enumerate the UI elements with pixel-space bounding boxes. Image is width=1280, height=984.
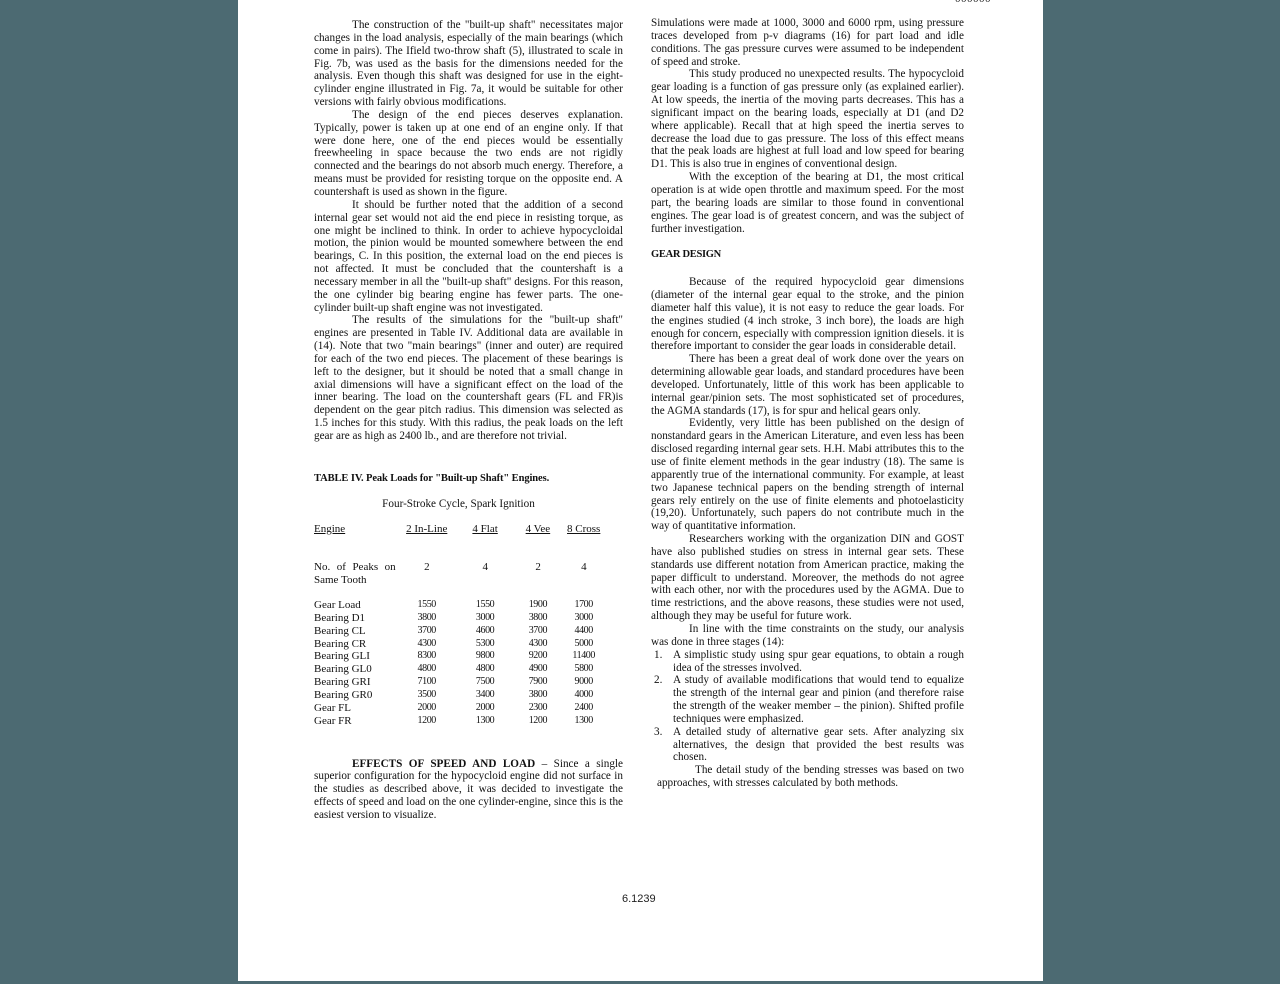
column-header: 8 Cross [563, 523, 604, 536]
list-text: A simplistic study using spur gear equat… [673, 649, 964, 674]
cell: 4900 [512, 663, 563, 676]
cell: 1900 [512, 599, 563, 612]
cell: 1300 [458, 715, 513, 728]
paragraph: The design of the end pieces deserves ex… [314, 109, 623, 199]
cell: 2300 [512, 702, 563, 715]
cell: 3000 [563, 612, 604, 625]
paragraph: Simulations were made at 1000, 3000 and … [651, 17, 964, 68]
paragraph: Evidently, very little has been publishe… [651, 417, 964, 533]
cell: 7100 [396, 676, 458, 689]
cell: 3400 [458, 689, 513, 702]
column-header: 4 Flat [458, 523, 513, 536]
table-row: Bearing GLI83009800920011400 [314, 650, 604, 663]
cell: 4800 [458, 663, 513, 676]
table-row: Bearing GRI7100750079009000 [314, 676, 604, 689]
cell: 1200 [512, 715, 563, 728]
list-number: 3. [654, 726, 662, 739]
cell: 9200 [512, 650, 563, 663]
table-row: Gear FR1200130012001300 [314, 715, 604, 728]
cell: 2 [512, 561, 563, 587]
cell: 1550 [396, 599, 458, 612]
cell: 2000 [458, 702, 513, 715]
row-label: Bearing D1 [314, 612, 396, 625]
cell: 3700 [396, 625, 458, 638]
table-row: Bearing GL04800480049005800 [314, 663, 604, 676]
header-fragment: 000000 [955, 0, 991, 5]
paragraph: This study produced no unexpected result… [651, 68, 964, 171]
table-row: Gear FL2000200023002400 [314, 702, 604, 715]
cell: 9800 [458, 650, 513, 663]
paragraph: In line with the time constraints on the… [651, 623, 964, 649]
cell: 2400 [563, 702, 604, 715]
peak-loads-table: Engine 2 In-Line 4 Flat 4 Vee 8 Cross No… [314, 523, 604, 728]
right-column: Simulations were made at 1000, 3000 and … [651, 17, 964, 790]
cell: 1700 [563, 599, 604, 612]
cell: 3800 [512, 612, 563, 625]
cell: 2 [396, 561, 458, 587]
list-text: A study of available modifications that … [673, 674, 964, 725]
paragraph: Researchers working with the organizatio… [651, 533, 964, 623]
table-row: Bearing CR4300530043005000 [314, 638, 604, 651]
cell: 2000 [396, 702, 458, 715]
cell: 11400 [563, 650, 604, 663]
paragraph: There has been a great deal of work done… [651, 353, 964, 417]
table-subtitle: Four-Stroke Cycle, Spark Ignition [314, 498, 623, 511]
row-label: Gear FL [314, 702, 396, 715]
cell: 4300 [512, 638, 563, 651]
list-item: 2.A study of available modifications tha… [651, 674, 964, 725]
cell: 4400 [563, 625, 604, 638]
cell: 3800 [396, 612, 458, 625]
paragraph: The results of the simulations for the "… [314, 314, 623, 442]
cell: 1550 [458, 599, 513, 612]
list-item: 1.A simplistic study using spur gear equ… [651, 649, 964, 675]
cell: 3000 [458, 612, 513, 625]
row-label: Bearing CR [314, 638, 396, 651]
cell: 1300 [563, 715, 604, 728]
paragraph: The construction of the "built-up shaft"… [314, 19, 623, 109]
row-label: Bearing GLI [314, 650, 396, 663]
row-label: Bearing CL [314, 625, 396, 638]
cell: 7900 [512, 676, 563, 689]
cell: 4000 [563, 689, 604, 702]
row-label: Bearing GR0 [314, 689, 396, 702]
table-row: Bearing D13800300038003000 [314, 612, 604, 625]
column-header: 4 Vee [512, 523, 563, 536]
cell: 4 [458, 561, 513, 587]
table-row: Gear Load1550155019001700 [314, 599, 604, 612]
column-header: Engine [314, 523, 396, 536]
cell: 5000 [563, 638, 604, 651]
cell: 4600 [458, 625, 513, 638]
cell: 4800 [396, 663, 458, 676]
page-number: 6.1239 [622, 893, 656, 905]
table-header-row: Engine 2 In-Line 4 Flat 4 Vee 8 Cross [314, 523, 604, 536]
cell: 3800 [512, 689, 563, 702]
section-heading: GEAR DESIGN [651, 249, 964, 262]
list-text: A detailed study of alternative gear set… [673, 726, 964, 764]
row-label: Gear FR [314, 715, 396, 728]
table-row: No. of Peaks on Same Tooth 2 4 2 4 [314, 561, 604, 587]
paragraph: The detail study of the bending stresses… [651, 764, 964, 790]
cell: 4 [563, 561, 604, 587]
left-column: The construction of the "built-up shaft"… [314, 19, 623, 822]
effects-heading: EFFECTS OF SPEED AND LOAD [352, 758, 535, 770]
paragraph: With the exception of the bearing at D1,… [651, 171, 964, 235]
table-row: Bearing CL3700460037004400 [314, 625, 604, 638]
table-title: TABLE IV. Peak Loads for "Built-up Shaft… [314, 473, 623, 486]
cell: 8300 [396, 650, 458, 663]
paragraph: Because of the required hypocycloid gear… [651, 276, 964, 353]
cell: 5800 [563, 663, 604, 676]
cell: 7500 [458, 676, 513, 689]
paragraph: It should be further noted that the addi… [314, 199, 623, 315]
row-label: No. of Peaks on Same Tooth [314, 561, 396, 587]
row-label: Gear Load [314, 599, 396, 612]
cell: 3700 [512, 625, 563, 638]
cell: 5300 [458, 638, 513, 651]
row-label: Bearing GL0 [314, 663, 396, 676]
table-row: Bearing GR03500340038004000 [314, 689, 604, 702]
column-header: 2 In-Line [396, 523, 458, 536]
row-label: Bearing GRI [314, 676, 396, 689]
list-number: 2. [654, 674, 662, 687]
cell: 9000 [563, 676, 604, 689]
effects-paragraph: EFFECTS OF SPEED AND LOAD – Since a sing… [314, 758, 623, 822]
list-number: 1. [654, 649, 662, 662]
cell: 3500 [396, 689, 458, 702]
cell: 4300 [396, 638, 458, 651]
stages-list: 1.A simplistic study using spur gear equ… [651, 649, 964, 765]
list-item: 3.A detailed study of alternative gear s… [651, 726, 964, 765]
cell: 1200 [396, 715, 458, 728]
